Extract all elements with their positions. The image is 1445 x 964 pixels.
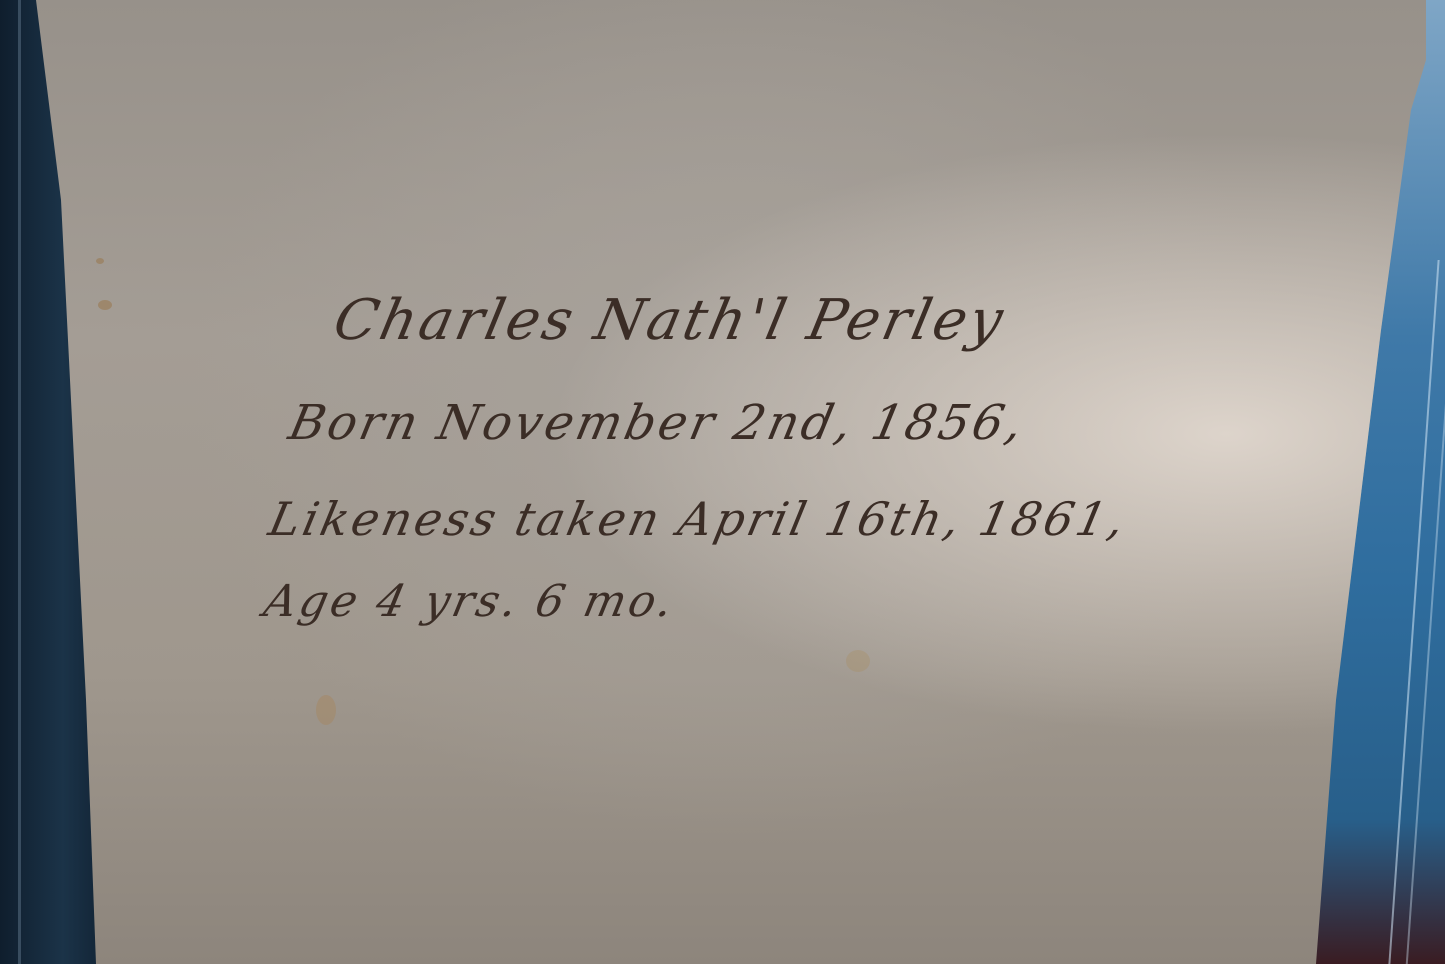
handwritten-inscription: Charles Nath'l Perley Born November 2nd,…: [0, 0, 1445, 964]
inscription-name: Charles Nath'l Perley: [328, 288, 1011, 353]
inscription-birth-date: Born November 2nd, 1856,: [284, 395, 1031, 451]
inscription-likeness-date: Likeness taken April 16th, 1861,: [264, 492, 1132, 546]
inscription-age: Age 4 yrs. 6 mo.: [260, 576, 681, 627]
